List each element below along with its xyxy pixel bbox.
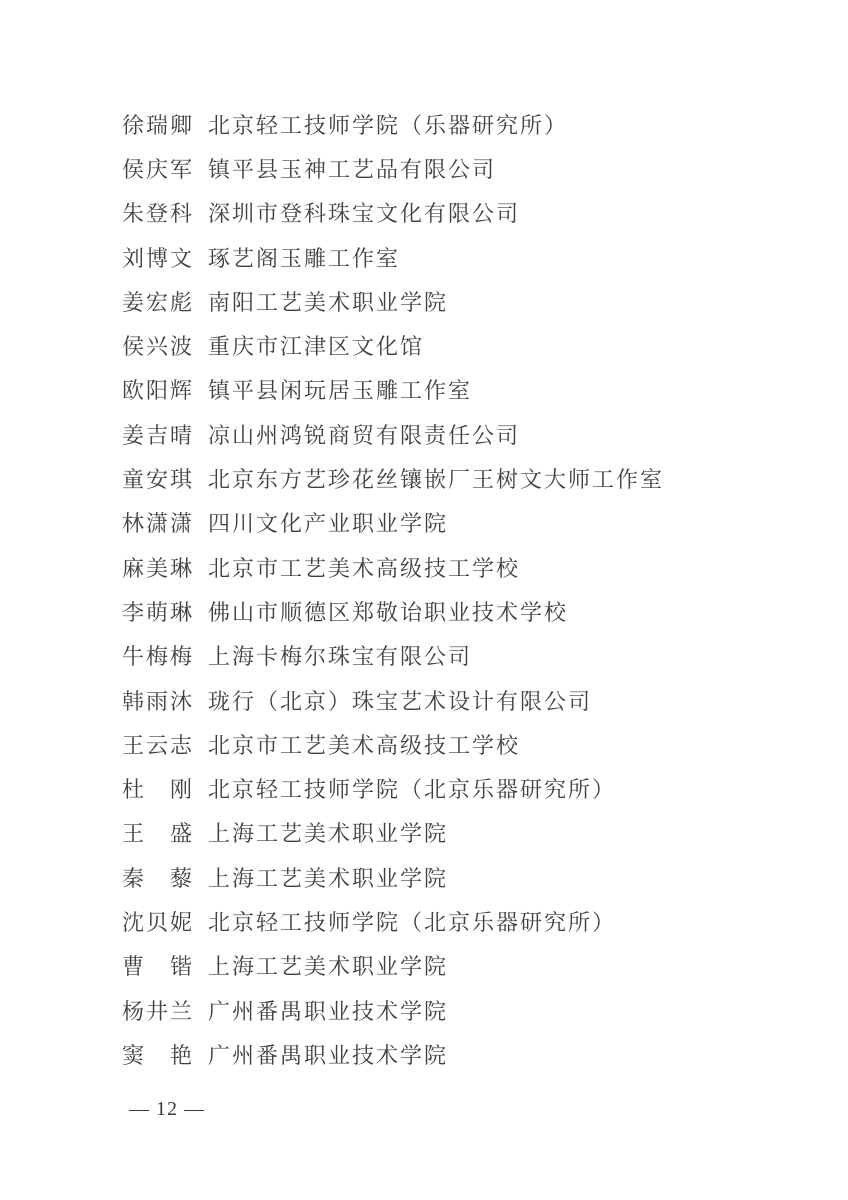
organization-name: 北京轻工技师学院（北京乐器研究所） [208, 906, 616, 937]
organization-name: 广州番禺职业技术学院 [208, 1039, 448, 1070]
list-item: 杜 刚 北京轻工技师学院（北京乐器研究所） [122, 766, 664, 810]
organization-name: 上海工艺美术职业学院 [208, 950, 448, 981]
person-name: 童安琪 [122, 463, 194, 494]
list-item: 姜吉晴 凉山州鸿锐商贸有限责任公司 [122, 412, 664, 456]
list-item: 侯兴波 重庆市江津区文化馆 [122, 323, 664, 367]
person-name: 韩雨沐 [122, 685, 194, 716]
organization-name: 深圳市登科珠宝文化有限公司 [208, 197, 520, 228]
organization-name: 北京市工艺美术高级技工学校 [208, 729, 520, 760]
organization-name: 佛山市顺德区郑敬诒职业技术学校 [208, 596, 568, 627]
person-name: 林潇潇 [122, 507, 194, 538]
organization-name: 广州番禺职业技术学院 [208, 995, 448, 1026]
person-name: 朱登科 [122, 197, 194, 228]
list-item: 王云志 北京市工艺美术高级技工学校 [122, 722, 664, 766]
list-item: 沈贝妮 北京轻工技师学院（北京乐器研究所） [122, 899, 664, 943]
person-name: 麻美琳 [122, 552, 194, 583]
organization-name: 四川文化产业职业学院 [208, 507, 448, 538]
page-number: — 12 — [129, 1098, 205, 1121]
list-item: 麻美琳 北京市工艺美术高级技工学校 [122, 545, 664, 589]
person-name: 姜吉晴 [122, 419, 194, 450]
document-page: 徐瑞卿 北京轻工技师学院（乐器研究所） 侯庆军 镇平县玉神工艺品有限公司 朱登科… [0, 0, 848, 1200]
organization-name: 镇平县闲玩居玉雕工作室 [208, 374, 472, 405]
person-name: 杨井兰 [122, 995, 194, 1026]
list-item: 姜宏彪 南阳工艺美术职业学院 [122, 279, 664, 323]
person-name: 沈贝妮 [122, 906, 194, 937]
organization-name: 上海工艺美术职业学院 [208, 817, 448, 848]
list-item: 童安琪 北京东方艺珍花丝镶嵌厂王树文大师工作室 [122, 456, 664, 500]
person-name: 王云志 [122, 729, 194, 760]
person-name: 窦 艳 [122, 1039, 194, 1070]
list-item: 窦 艳 广州番禺职业技术学院 [122, 1032, 664, 1076]
person-name: 欧阳辉 [122, 374, 194, 405]
person-name: 侯兴波 [122, 330, 194, 361]
organization-name: 北京轻工技师学院（北京乐器研究所） [208, 773, 616, 804]
person-name: 刘博文 [122, 242, 194, 273]
list-item: 秦 藜 上海工艺美术职业学院 [122, 855, 664, 899]
person-name: 侯庆军 [122, 153, 194, 184]
list-item: 刘博文 琢艺阁玉雕工作室 [122, 235, 664, 279]
organization-name: 凉山州鸿锐商贸有限责任公司 [208, 419, 520, 450]
list-item: 杨井兰 广州番禺职业技术学院 [122, 988, 664, 1032]
person-name: 王 盛 [122, 817, 194, 848]
organization-name: 北京轻工技师学院（乐器研究所） [208, 109, 568, 140]
organization-name: 上海卡梅尔珠宝有限公司 [208, 640, 472, 671]
list-item: 欧阳辉 镇平县闲玩居玉雕工作室 [122, 368, 664, 412]
organization-name: 珑行（北京）珠宝艺术设计有限公司 [208, 685, 592, 716]
list-item: 徐瑞卿 北京轻工技师学院（乐器研究所） [122, 102, 664, 146]
person-name: 徐瑞卿 [122, 109, 194, 140]
list-item: 李萌琳 佛山市顺德区郑敬诒职业技术学校 [122, 589, 664, 633]
person-name: 秦 藜 [122, 862, 194, 893]
organization-name: 北京市工艺美术高级技工学校 [208, 552, 520, 583]
organization-name: 南阳工艺美术职业学院 [208, 286, 448, 317]
organization-name: 镇平县玉神工艺品有限公司 [208, 153, 496, 184]
person-name: 牛梅梅 [122, 640, 194, 671]
list-item: 林潇潇 四川文化产业职业学院 [122, 501, 664, 545]
person-name: 姜宏彪 [122, 286, 194, 317]
person-name: 曹 锴 [122, 950, 194, 981]
organization-name: 琢艺阁玉雕工作室 [208, 242, 400, 273]
list-item: 朱登科 深圳市登科珠宝文化有限公司 [122, 191, 664, 235]
list-item: 韩雨沐 珑行（北京）珠宝艺术设计有限公司 [122, 678, 664, 722]
person-name: 李萌琳 [122, 596, 194, 627]
list-item: 曹 锴 上海工艺美术职业学院 [122, 944, 664, 988]
list-item: 牛梅梅 上海卡梅尔珠宝有限公司 [122, 634, 664, 678]
list-item: 侯庆军 镇平县玉神工艺品有限公司 [122, 146, 664, 190]
list-item: 王 盛 上海工艺美术职业学院 [122, 811, 664, 855]
organization-name: 北京东方艺珍花丝镶嵌厂王树文大师工作室 [208, 463, 664, 494]
award-recipient-list: 徐瑞卿 北京轻工技师学院（乐器研究所） 侯庆军 镇平县玉神工艺品有限公司 朱登科… [122, 102, 664, 1077]
organization-name: 重庆市江津区文化馆 [208, 330, 424, 361]
person-name: 杜 刚 [122, 773, 194, 804]
organization-name: 上海工艺美术职业学院 [208, 862, 448, 893]
